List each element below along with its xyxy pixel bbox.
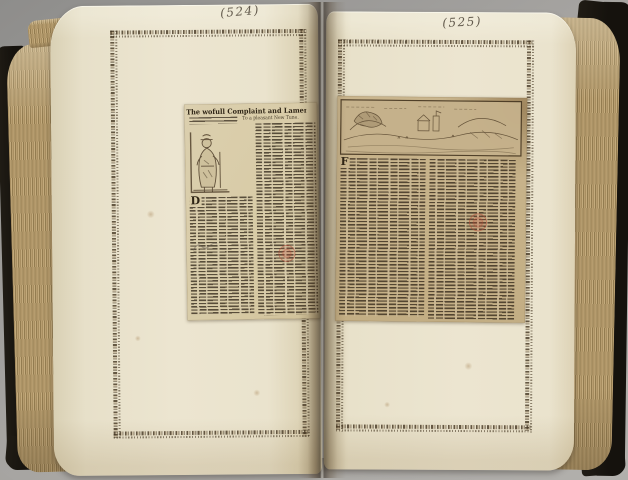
border-ornament-top xyxy=(110,29,306,38)
standing-man-woodcut xyxy=(188,130,231,195)
drop-cap-letter: D xyxy=(190,196,202,206)
left-broadside-ballad: The wofull Complaint and Lamentable To a… xyxy=(184,102,320,320)
border-ornament-left xyxy=(110,31,121,439)
ballad-text-column-2 xyxy=(428,159,516,320)
foxing-spot xyxy=(147,210,155,218)
ballad-subtitle-lines xyxy=(189,117,237,125)
ballad-text-column-1 xyxy=(339,158,426,317)
border-ornament-top xyxy=(338,39,534,47)
right-page-number: (525) xyxy=(422,13,503,31)
left-page-number: (524) xyxy=(200,1,281,21)
border-ornament-bottom xyxy=(114,430,310,439)
left-page: (524) The wofull Complaint and Lamentabl… xyxy=(50,4,322,476)
open-book-photograph: (524) The wofull Complaint and Lamentabl… xyxy=(0,0,628,480)
border-ornament-bottom xyxy=(336,424,532,432)
right-broadside-ballad: F xyxy=(335,96,527,323)
pencil-mark xyxy=(192,240,218,254)
ballad-text-column-1 xyxy=(190,196,255,314)
ballad-text-column-2 xyxy=(255,122,318,315)
drop-cap-letter: F xyxy=(340,157,350,167)
foxing-spot xyxy=(384,402,390,408)
foxing-spot xyxy=(464,362,472,370)
foxing-spot xyxy=(253,389,260,396)
landscape-woodcut xyxy=(340,99,523,157)
foxing-spot xyxy=(135,335,141,341)
right-page: (525) xyxy=(324,11,576,470)
ballad-tune-line: To a pleasant New Tune. xyxy=(242,115,307,122)
